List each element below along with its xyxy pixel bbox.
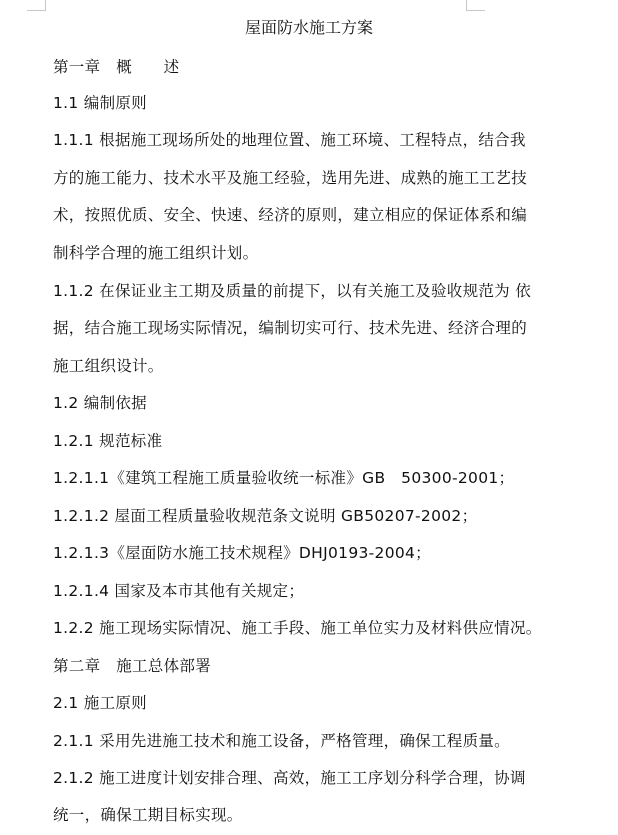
page-corner-mark-right	[466, 0, 485, 11]
paragraph-line: 1.1.1 根据施工现场所处的地理位置、施工环境、工程特点，结合我	[53, 130, 526, 150]
page-corner-mark-left	[27, 0, 46, 11]
paragraph-line: 1.1 编制原则	[53, 93, 147, 113]
paragraph-line: 第一章 概 述	[53, 57, 179, 77]
paragraph-line: 1.2.1.2 屋面工程质量验收规范条文说明 GB50207-2002；	[53, 506, 477, 526]
paragraph-line: 制科学合理的施工组织计划。	[53, 243, 258, 263]
paragraph-line: 2.1.1 采用先进施工技术和施工设备，严格管理，确保工程质量。	[53, 731, 510, 751]
paragraph-line: 方的施工能力、技术水平及施工经验，选用先进、成熟的施工工艺技	[53, 168, 527, 188]
paragraph-line: 第二章 施工总体部署	[53, 656, 211, 676]
paragraph-line: 1.2 编制依据	[53, 393, 147, 413]
paragraph-line: 施工组织设计。	[53, 356, 164, 376]
paragraph-line: 1.2.1.1《建筑工程施工质量验收统一标准》GB 50300-2001；	[53, 468, 514, 488]
paragraph-line: 1.1.2 在保证业主工期及质量的前提下，以有关施工及验收规范为 依	[53, 281, 531, 301]
paragraph-line: 术，按照优质、安全、快速、经济的原则，建立相应的保证体系和编	[53, 205, 527, 225]
paragraph-line: 据，结合施工现场实际情况，编制切实可行、技术先进、经济合理的	[53, 318, 527, 338]
paragraph-line: 2.1.2 施工进度计划安排合理、高效，施工工序划分科学合理，协调	[53, 768, 526, 788]
paragraph-line: 统一，确保工期目标实现。	[53, 805, 243, 825]
paragraph-line: 2.1 施工原则	[53, 693, 147, 713]
paragraph-line: 1.2.1.3《屋面防水施工技术规程》DHJ0193-2004；	[53, 543, 431, 563]
document-title: 屋面防水施工方案	[0, 18, 618, 38]
paragraph-line: 1.2.1 规范标准	[53, 431, 162, 451]
paragraph-line: 1.2.1.4 国家及本市其他有关规定；	[53, 581, 304, 601]
paragraph-line: 1.2.2 施工现场实际情况、施工手段、施工单位实力及材料供应情况。	[53, 618, 542, 638]
